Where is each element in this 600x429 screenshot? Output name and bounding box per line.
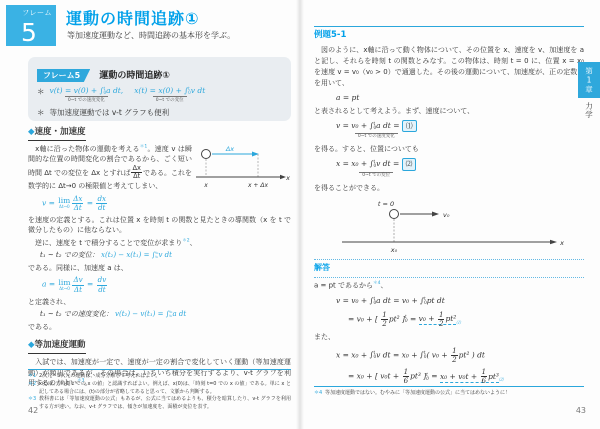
- page-number-right: 43: [576, 406, 586, 415]
- underbrace-position-label: 0~t での変位: [153, 96, 187, 103]
- footnote-text: 等加速度運動ではない。むやみに「等加速度運動の公式」に当てはめないように！: [325, 390, 510, 398]
- displacement-diagram: Δx x x x + Δx: [196, 146, 291, 190]
- left-page: フレーム 5 運動の時間追跡① 等加速度運動など、時間追跡の基本形を学ぶ。 フレ…: [0, 0, 298, 429]
- example-equation-x: x = x₀ + ∫t0v dt = ⑵: [336, 158, 416, 170]
- v0-label: v₀: [443, 211, 450, 219]
- footnote-divider: [28, 369, 291, 370]
- paragraph-acceleration-intro: である。同様に、加速度 a は、: [28, 263, 291, 274]
- example-paragraph-3: を得る。すると、位置についても: [314, 144, 584, 155]
- footnote-2: ＊2 x(t)は、「時刻 t での x の値」と認識すればよい。例えば、x(0)…: [28, 381, 291, 397]
- tick-x-label: x: [203, 182, 208, 189]
- motion-setup-diagram: t = 0 v₀ x x₀: [324, 198, 574, 254]
- solution-equation-x1: x = x₀ + ∫t0v dt = x₀ + ∫t0( v₀ + 12pt² …: [336, 347, 584, 364]
- solution-divider-top: [314, 259, 584, 260]
- velocity-definition-equation: v = limΔt→0ΔxΔt = dxdt: [42, 195, 291, 212]
- left-body-text: ◆速度・加速度 Δx x x x + Δx x軸に沿った物体の運動を考える＊1。…: [28, 126, 291, 391]
- x0-label: x₀: [390, 246, 398, 254]
- footnote-ref: ＊4: [314, 390, 325, 398]
- solution-label: 解答: [314, 262, 584, 274]
- footnote-ref: ＊1: [28, 373, 39, 381]
- paragraph-dearu: である。: [28, 322, 291, 333]
- underbrace-velocity-label: 0~t での速度変化: [65, 96, 108, 103]
- page-number-left: 42: [28, 406, 38, 415]
- solution-intro: a = pt であるから＊4、: [314, 280, 584, 291]
- displacement-relation-equation: x(t₂) − x(t₁) = ∫t₂t₁v dt: [101, 251, 172, 259]
- formula-velocity: v(t) = v(0) + ∫t0a dt,: [50, 86, 124, 95]
- right-page: 例題5-1 図のように、x軸に沿って動く物体について、その位置を x、速度を v…: [302, 0, 600, 429]
- section-heading-uniform-acceleration: ◆等加速度運動: [28, 339, 86, 354]
- chapter-side-tab: 第1章: [578, 62, 600, 98]
- solution-equation-v1: v = v₀ + ∫t0a dt = v₀ + ∫t0pt dt: [336, 295, 584, 307]
- field-side-label: 力学: [578, 102, 600, 119]
- frame-number: 5: [6, 20, 52, 45]
- page-subtitle: 等加速度運動など、時間追跡の基本形を学ぶ。: [67, 30, 235, 41]
- displacement-relation-label: t₁ ~ t₂ での変位：: [40, 251, 99, 259]
- footnote-4: ＊4 等加速度運動ではない。むやみに「等加速度運動の公式」に当てはめないように！: [314, 390, 584, 398]
- example-block: 例題5-1 図のように、x軸に沿って動く物体について、その位置を x、速度を v…: [314, 26, 584, 390]
- example-paragraph-2: と表されるとして考えよう。まず、速度について、: [314, 106, 584, 117]
- x-axis-label: x: [559, 239, 564, 247]
- paragraph-acceleration-defined: と定義され、: [28, 297, 291, 308]
- frame-box-title: 運動の時間追跡①: [99, 71, 170, 81]
- acceleration-definition-equation: a = limΔt→0ΔvΔt = dvdt: [42, 276, 291, 293]
- example-equation-a: a = pt: [336, 92, 584, 104]
- frame-label: フレーム: [22, 8, 52, 18]
- solution-equation-v2: = v₀ + [ 12pt² ]t0 = v₀ + 12pt²⑴: [348, 311, 584, 328]
- footnote-text: 教科書には「等加速度運動の公式」もあるが、公式に当てはめるよりも、積分を暗算した…: [39, 396, 291, 412]
- footnote-ref: ＊2: [28, 381, 39, 397]
- bullet-star: ＊: [37, 107, 45, 118]
- section-heading-velocity-acceleration: ◆速度・加速度: [28, 126, 86, 141]
- t0-label: t = 0: [378, 200, 394, 208]
- frame-summary-box: フレーム5 運動の時間追跡① ＊ v(t) = v(0) + ∫t0a dt, …: [28, 57, 291, 121]
- formula-position: x(t) = x(0) + ∫t0v dt: [134, 86, 205, 95]
- x-axis-label: x: [285, 174, 290, 182]
- example-label: 例題5-1: [314, 29, 584, 42]
- velocity-change-relation-equation: v(t₂) − v(t₁) = ∫t₂t₁a dt: [115, 310, 186, 318]
- paragraph-velocity-definition: を速度の定義とする。これは位置 x を時刻 t の関数と見たときの導関数（x を…: [28, 215, 291, 236]
- example-paragraph-1: 図のように、x軸に沿って動く物体について、その位置を x、速度を v、加速度を …: [314, 45, 584, 88]
- underbrace-velocity-change: 0~t での速度変化: [355, 133, 398, 141]
- solution-equation-x2: = x₀ + [ v₀t + 16pt³ ]t0 = x₀ + v₀t + 16…: [348, 368, 584, 385]
- bullet-star: ＊: [37, 86, 45, 97]
- tick-x-plus-dx-label: x + Δx: [247, 182, 268, 189]
- frame-pill: フレーム5: [37, 69, 90, 82]
- footnote-divider: [314, 386, 584, 387]
- page-title: 運動の時間追跡①: [66, 6, 200, 29]
- footnote-3: ＊3 教科書には「等加速度運動の公式」もあるが、公式に当てはめるよりも、積分を暗…: [28, 396, 291, 412]
- paragraph-displacement-from-integral: 逆に、速度を t で積分することで変位が求まり＊2、: [28, 238, 291, 249]
- left-footnotes: ＊1 2次元・3次元の運動は、成分分解して考えればよい。 ＊2 x(t)は、「時…: [28, 369, 291, 412]
- solution-divider-bottom: [314, 277, 584, 278]
- summary-note: 等加速度運動では v-t グラフも便利: [50, 107, 170, 118]
- solution-mata: また、: [314, 332, 584, 343]
- footnote-text: 2次元・3次元の運動は、成分分解して考えればよい。: [39, 373, 160, 381]
- frame-number-tab: フレーム 5: [6, 5, 56, 46]
- example-top-rule: 例題5-1: [314, 26, 584, 42]
- dx-arrow-label: Δx: [225, 146, 234, 153]
- velocity-change-relation-label: t₁ ~ t₂ での速度変化：: [40, 310, 113, 318]
- underbrace-displacement: 0~t での変位: [359, 172, 393, 180]
- footnote-text: x(t)は、「時刻 t での x の値」と認識すればよい。例えば、x(0)は、「…: [39, 381, 291, 397]
- example-equation-v: v = v₀ + ∫t0a dt = ⑴: [336, 120, 417, 132]
- example-paragraph-4: を得ることができる。: [314, 183, 584, 194]
- footnote-1: ＊1 2次元・3次元の運動は、成分分解して考えればよい。: [28, 373, 291, 381]
- right-footnotes: ＊4 等加速度運動ではない。むやみに「等加速度運動の公式」に当てはめないように！: [314, 386, 584, 398]
- chapter-label: 第1章: [584, 67, 595, 94]
